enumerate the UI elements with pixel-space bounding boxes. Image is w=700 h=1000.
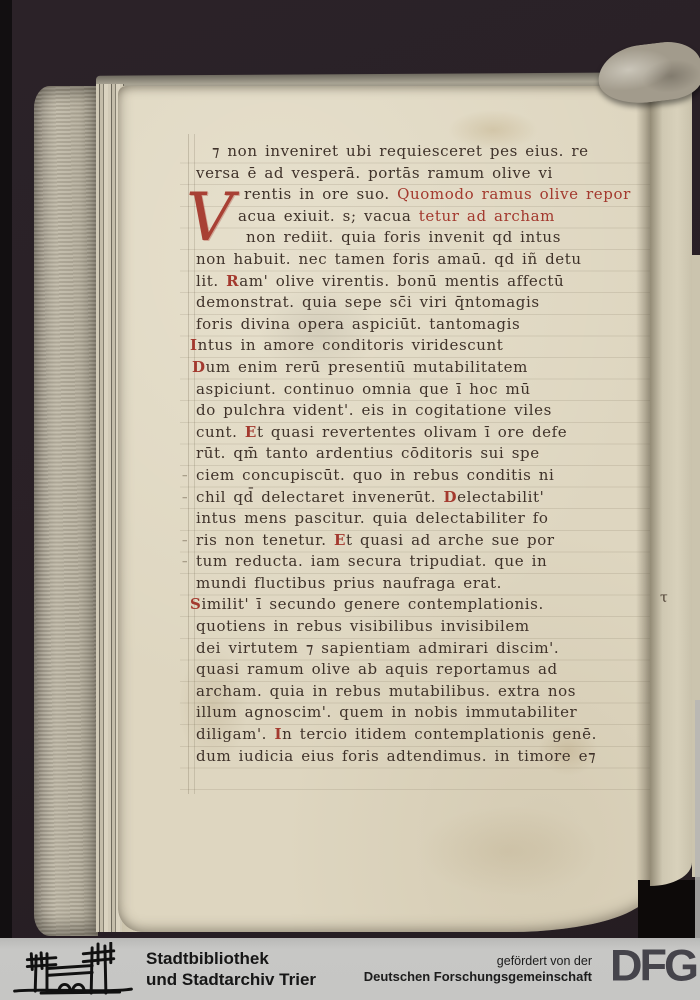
manuscript-line: ⁊ non inveniret ubi requiesceret pes eiu… <box>212 141 646 163</box>
manuscript-line: aspiciunt. continuo omnia que ī hoc mū <box>196 379 646 401</box>
scan-left-border <box>0 0 12 938</box>
manuscript-line: demonstrat. quia sepe sc̄i viri q̄ntomag… <box>196 292 646 314</box>
manuscript-line: foris divina opera aspiciūt. tantomagis <box>196 314 646 336</box>
scan-right-border <box>695 700 700 938</box>
text-segment: n tercio itidem contemplationis genē. <box>282 725 597 743</box>
text-segment: ntus in amore conditoris viridescunt <box>198 336 504 354</box>
photo-stage: V ⁊ non inveniret ubi requiesceret pes e… <box>0 0 700 938</box>
manuscript-line: archam. quia in rebus mutabilibus. extra… <box>196 681 646 703</box>
text-segment: ris non tenetur. <box>196 531 334 549</box>
rubric-segment: D <box>192 358 206 376</box>
margin-note: τ <box>660 590 668 606</box>
text-segment: quotiens in rebus visibilibus invisibile… <box>196 617 530 635</box>
library-name: Stadtbibliothek und Stadtarchiv Trier <box>146 948 316 990</box>
text-segment: cunt. <box>196 423 245 441</box>
text-segment: intus mens pascitur. quia delectabiliter… <box>196 509 549 527</box>
manuscript-line: non rediit. quia foris invenit qd intus <box>246 227 646 249</box>
text-segment: t quasi revertentes olivam ī ore defe <box>257 423 567 441</box>
text-segment: do pulchra vident'. eis in cogitatione v… <box>196 401 552 419</box>
manuscript-text-block: ⁊ non inveniret ubi requiesceret pes eiu… <box>196 141 646 767</box>
manuscript-line: rentis in ore suo. Quomodo ramus olive r… <box>244 184 646 206</box>
manuscript-page: V ⁊ non inveniret ubi requiesceret pes e… <box>118 86 650 932</box>
manuscript-line: Intus in amore conditoris viridescunt <box>190 335 646 357</box>
rubric-segment: R <box>226 272 239 290</box>
manuscript-line: diligam'. In tercio itidem contemplation… <box>196 724 646 746</box>
rubric-segment: D <box>444 488 458 506</box>
text-segment: electabilit' <box>457 488 544 506</box>
text-segment: aspiciunt. continuo omnia que ī hoc mū <box>196 380 531 398</box>
manuscript-line: Dum enim rerū presentiū mutabilitatem <box>192 357 646 379</box>
text-segment: acua exiuit. s; vacua <box>238 207 419 225</box>
rubric-segment: I <box>190 336 198 354</box>
rubric-segment: Quomodo ramus olive repor <box>397 185 631 203</box>
text-segment: t quasi ad arche sue por <box>346 531 555 549</box>
text-segment: non rediit. quia foris invenit qd intus <box>246 228 561 246</box>
manuscript-line: –ris non tenetur. Et quasi ad arche sue … <box>196 530 646 552</box>
text-segment: lit. <box>196 272 226 290</box>
manuscript-line: lit. Ram' olive virentis. bonū mentis af… <box>196 271 646 293</box>
rubric-segment: S <box>190 595 201 613</box>
funding-credit: gefördert von der Deutschen Forschungsge… <box>364 953 592 985</box>
margin-marker: – <box>182 530 188 552</box>
rubric-segment: E <box>334 531 346 549</box>
text-segment: tum reducta. iam secura tripudiat. que i… <box>196 552 547 570</box>
text-segment: rentis in ore suo. <box>244 185 397 203</box>
manuscript-line: –tum reducta. iam secura tripudiat. que … <box>196 551 646 573</box>
text-segment: rūt. qm̄ tanto ardentius cōditoris sui s… <box>196 444 540 462</box>
text-segment: mundi fluctibus prius naufraga erat. <box>196 574 502 592</box>
manuscript-line: intus mens pascitur. quia delectabiliter… <box>196 508 646 530</box>
manuscript-line: versa ē ad vesperā. portās ramum olive v… <box>196 163 646 185</box>
library-name-line2: und Stadtarchiv Trier <box>146 969 316 990</box>
manuscript-line: dum iudicia eius foris adtendimus. in ti… <box>196 746 646 768</box>
margin-marker: – <box>182 487 188 509</box>
text-segment: ciem concupiscūt. quo in rebus conditis … <box>196 466 554 484</box>
rubric-segment: E <box>245 423 257 441</box>
manuscript-line: mundi fluctibus prius naufraga erat. <box>196 573 646 595</box>
manuscript-line: –ciem concupiscūt. quo in rebus conditis… <box>196 465 646 487</box>
manuscript-line: dei virtutem ⁊ sapientiam admirari disci… <box>196 638 646 660</box>
text-segment: quasi ramum olive ab aquis reportamus ad <box>196 660 558 678</box>
manuscript-line: quotiens in rebus visibilibus invisibile… <box>196 616 646 638</box>
rubric-segment: tetur ad archam <box>419 207 555 225</box>
manuscript-line: non habuit. nec tamen foris amaū. qd iñ … <box>196 249 646 271</box>
text-segment: chil qd̄ delectaret invenerūt. <box>196 488 444 506</box>
manuscript-line: cunt. Et quasi revertentes olivam ī ore … <box>196 422 646 444</box>
funding-line2: Deutschen Forschungsgemeinschaft <box>364 969 592 985</box>
manuscript-line: do pulchra vident'. eis in cogitatione v… <box>196 400 646 422</box>
text-segment: versa ē ad vesperā. portās ramum olive v… <box>196 164 553 182</box>
text-segment: um enim rerū presentiū mutabilitatem <box>206 358 528 376</box>
text-segment: illum agnoscim'. quem in nobis immutabil… <box>196 703 577 721</box>
text-segment: foris divina opera aspiciūt. tantomagis <box>196 315 520 333</box>
porta-nigra-logo-icon <box>10 942 136 996</box>
manuscript-line: quasi ramum olive ab aquis reportamus ad <box>196 659 646 681</box>
footer-bar: Stadtbibliothek und Stadtarchiv Trier ge… <box>0 938 700 1000</box>
manuscript-line: –chil qd̄ delectaret invenerūt. Delectab… <box>196 487 646 509</box>
background-gap <box>638 880 700 938</box>
text-segment: am' olive virentis. bonū mentis affectū <box>239 272 564 290</box>
library-name-line1: Stadtbibliothek <box>146 948 316 969</box>
parchment-stain <box>418 806 598 896</box>
rubric-segment: I <box>274 725 282 743</box>
manuscript-line: illum agnoscim'. quem in nobis immutabil… <box>196 702 646 724</box>
text-segment: dei virtutem ⁊ sapientiam admirari disci… <box>196 639 559 657</box>
manuscript-line: rūt. qm̄ tanto ardentius cōditoris sui s… <box>196 443 646 465</box>
funding-line1: gefördert von der <box>364 953 592 969</box>
text-segment: demonstrat. quia sepe sc̄i viri q̄ntomag… <box>196 293 540 311</box>
text-segment: archam. quia in rebus mutabilibus. extra… <box>196 682 576 700</box>
book-spine <box>34 86 98 936</box>
facing-page-edge <box>650 80 692 886</box>
manuscript-line: Similit' ī secundo genere contemplationi… <box>190 594 646 616</box>
text-segment: diligam'. <box>196 725 274 743</box>
text-segment: dum iudicia eius foris adtendimus. in ti… <box>196 747 596 765</box>
margin-marker: – <box>182 551 188 573</box>
dfg-logo: DFG <box>610 941 696 992</box>
text-segment: non habuit. nec tamen foris amaū. qd iñ … <box>196 250 582 268</box>
margin-marker: – <box>182 465 188 487</box>
text-segment: imilit' ī secundo genere contemplationis… <box>201 595 543 613</box>
text-segment: ⁊ non inveniret ubi requiesceret pes eiu… <box>212 142 589 160</box>
manuscript-line: acua exiuit. s; vacua tetur ad archam <box>238 206 646 228</box>
